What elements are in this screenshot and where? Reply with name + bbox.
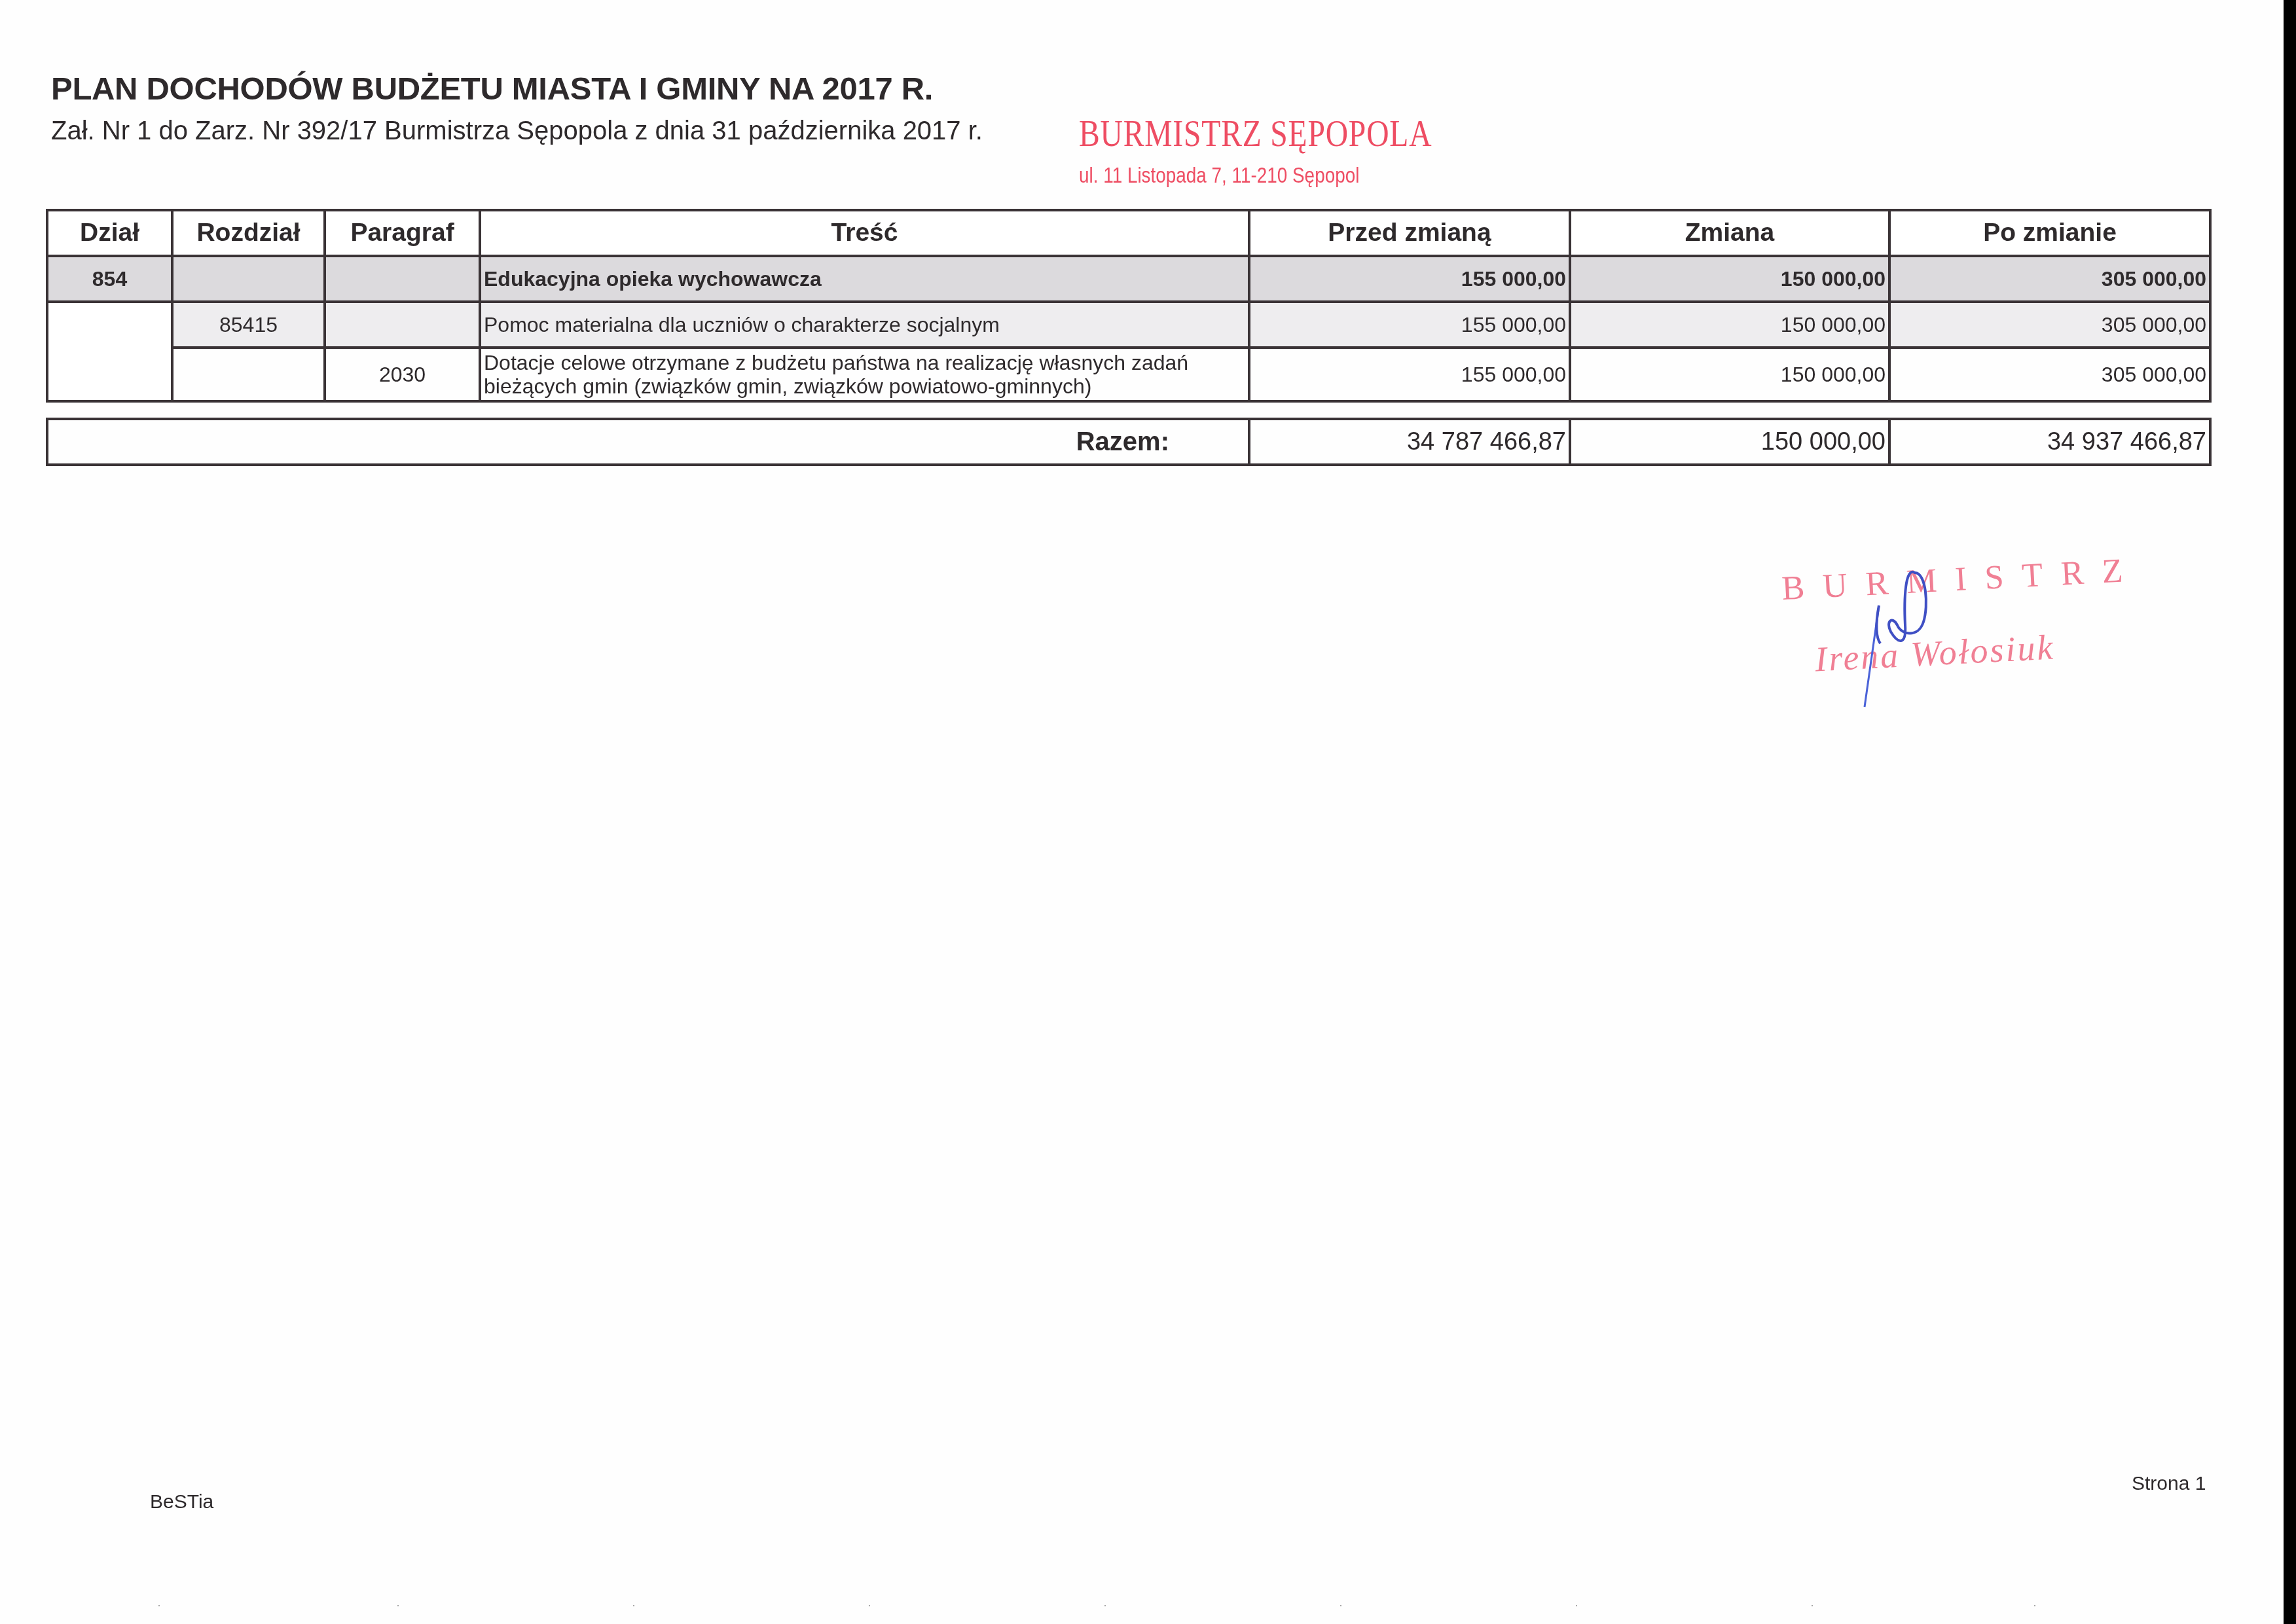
scan-edge-border [2284, 0, 2296, 1624]
header-dzial: Dział [47, 210, 172, 256]
cell-dzial: 854 [47, 256, 172, 302]
header-paragraf: Paragraf [325, 210, 480, 256]
table-header-row: Dział Rozdział Paragraf Treść Przed zmia… [47, 210, 2210, 256]
footer-software: BeSTia [150, 1491, 213, 1513]
cell-po-zmianie: 305 000,00 [1889, 256, 2210, 302]
signature-stamp-role: BURMISTRZ [1781, 550, 2142, 608]
total-row: Razem: 34 787 466,87 150 000,00 34 937 4… [47, 419, 2210, 465]
cell-rozdzial [172, 348, 325, 401]
cell-po-zmianie: 305 000,00 [1889, 302, 2210, 348]
cell-zmiana: 150 000,00 [1570, 348, 1889, 401]
budget-table: Dział Rozdział Paragraf Treść Przed zmia… [46, 209, 2212, 403]
header-tresc: Treść [480, 210, 1249, 256]
footer-page-number: Strona 1 [2132, 1473, 2206, 1495]
cell-rozdzial: 85415 [172, 302, 325, 348]
cell-tresc: Edukacyjna opieka wychowawcza [480, 256, 1249, 302]
cell-dzial [47, 302, 172, 401]
office-stamp-name: BURMISTRZ SĘPOPOLA [1079, 111, 1432, 155]
total-po-zmianie: 34 937 466,87 [1889, 419, 2210, 465]
cell-paragraf: 2030 [325, 348, 480, 401]
cell-tresc: Pomoc materialna dla uczniów o charakter… [480, 302, 1249, 348]
cell-po-zmianie: 305 000,00 [1889, 348, 2210, 401]
header-zmiana: Zmiana [1570, 210, 1889, 256]
handwritten-signature-icon [1853, 560, 1944, 717]
cell-przed-zmiana: 155 000,00 [1249, 256, 1570, 302]
total-table: Razem: 34 787 466,87 150 000,00 34 937 4… [46, 418, 2212, 466]
document-subtitle: Zał. Nr 1 do Zarz. Nr 392/17 Burmistrza … [51, 117, 983, 146]
office-stamp-address: ul. 11 Listopada 7, 11-210 Sępopol [1079, 163, 1432, 189]
signature-stamp: BURMISTRZ Irena Wołosiuk [1781, 550, 2146, 681]
table-row-paragraf: 2030 Dotacje celowe otrzymane z budżetu … [47, 348, 2210, 401]
cell-przed-zmiana: 155 000,00 [1249, 348, 1570, 401]
cell-tresc: Dotacje celowe otrzymane z budżetu państ… [480, 348, 1249, 401]
header-rozdzial: Rozdział [172, 210, 325, 256]
cell-paragraf [325, 302, 480, 348]
office-stamp: BURMISTRZ SĘPOPOLA ul. 11 Listopada 7, 1… [1079, 111, 1510, 189]
cell-zmiana: 150 000,00 [1570, 302, 1889, 348]
table-row-rozdzial: 85415 Pomoc materialna dla uczniów o cha… [47, 302, 2210, 348]
table-row-dzial: 854 Edukacyjna opieka wychowawcza 155 00… [47, 256, 2210, 302]
header-po-zmianie: Po zmianie [1889, 210, 2210, 256]
total-przed-zmiana: 34 787 466,87 [1249, 419, 1570, 465]
document-title: PLAN DOCHODÓW BUDŻETU MIASTA I GMINY NA … [51, 71, 933, 107]
cell-przed-zmiana: 155 000,00 [1249, 302, 1570, 348]
total-zmiana: 150 000,00 [1570, 419, 1889, 465]
cell-paragraf [325, 256, 480, 302]
total-label: Razem: [47, 419, 1249, 465]
header-przed-zmiana: Przed zmianą [1249, 210, 1570, 256]
cell-zmiana: 150 000,00 [1570, 256, 1889, 302]
cell-rozdzial [172, 256, 325, 302]
